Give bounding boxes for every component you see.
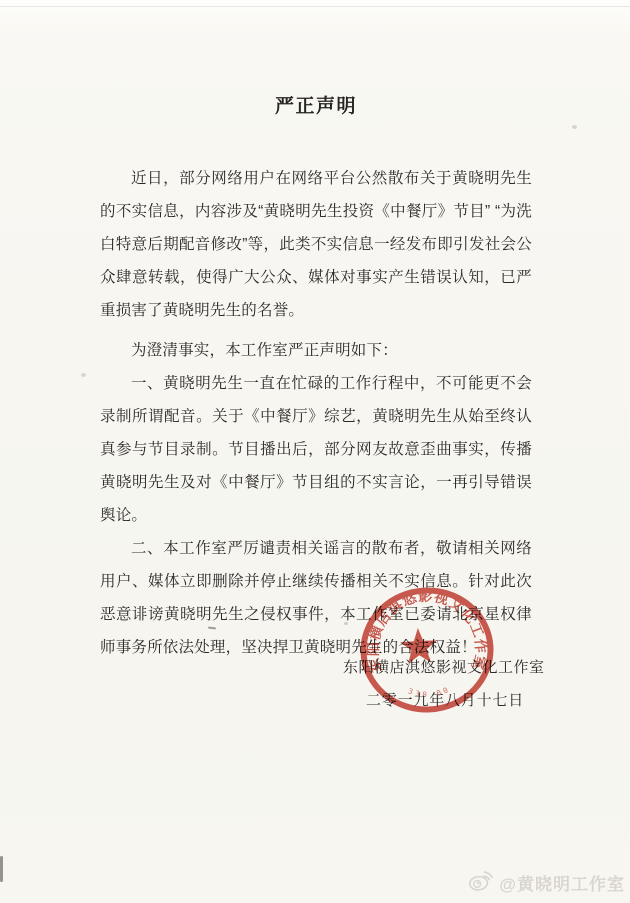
statement-document: 严正声明 近日，部分网络用户在网络平台公然散布关于黄晓明先生的不实信息，内容涉及…	[100, 0, 532, 664]
statement-paragraph-3: 一、黄晓明先生一直在忙碌的工作行程中，不可能更不会录制所谓配音。关于《中餐厅》综…	[100, 367, 532, 532]
scan-artifact-left-edge	[0, 856, 3, 882]
seal-number: 330 00	[407, 684, 453, 700]
scan-artifact-speck	[344, 622, 348, 625]
seal-ring-text-holder: 东阳横店淇悠影视文化工作室	[361, 585, 490, 679]
company-seal-svg: 东阳横店淇悠影视文化工作室 330 00	[354, 580, 501, 719]
watermark-handle: @黄晓明工作室	[499, 870, 625, 895]
weibo-watermark: @黄晓明工作室	[468, 869, 625, 896]
statement-paragraph-2: 为澄清事实，本工作室严正声明如下：	[100, 334, 532, 367]
scan-artifact-speck	[81, 373, 86, 377]
company-seal: 东阳横店淇悠影视文化工作室 330 00	[354, 580, 501, 719]
seal-star	[399, 627, 438, 664]
weibo-icon	[467, 868, 496, 898]
seal-number-holder: 330 00	[407, 684, 453, 700]
seal-ring-text: 东阳横店淇悠影视文化工作室	[361, 585, 490, 679]
page-title: 严正声明	[100, 95, 532, 119]
statement-photo: 严正声明 近日，部分网络用户在网络平台公然散布关于黄晓明先生的不实信息，内容涉及…	[0, 0, 630, 903]
statement-paragraph-1: 近日，部分网络用户在网络平台公然散布关于黄晓明先生的不实信息，内容涉及“黄晓明先…	[100, 162, 532, 327]
scan-artifact-speck	[572, 125, 577, 129]
